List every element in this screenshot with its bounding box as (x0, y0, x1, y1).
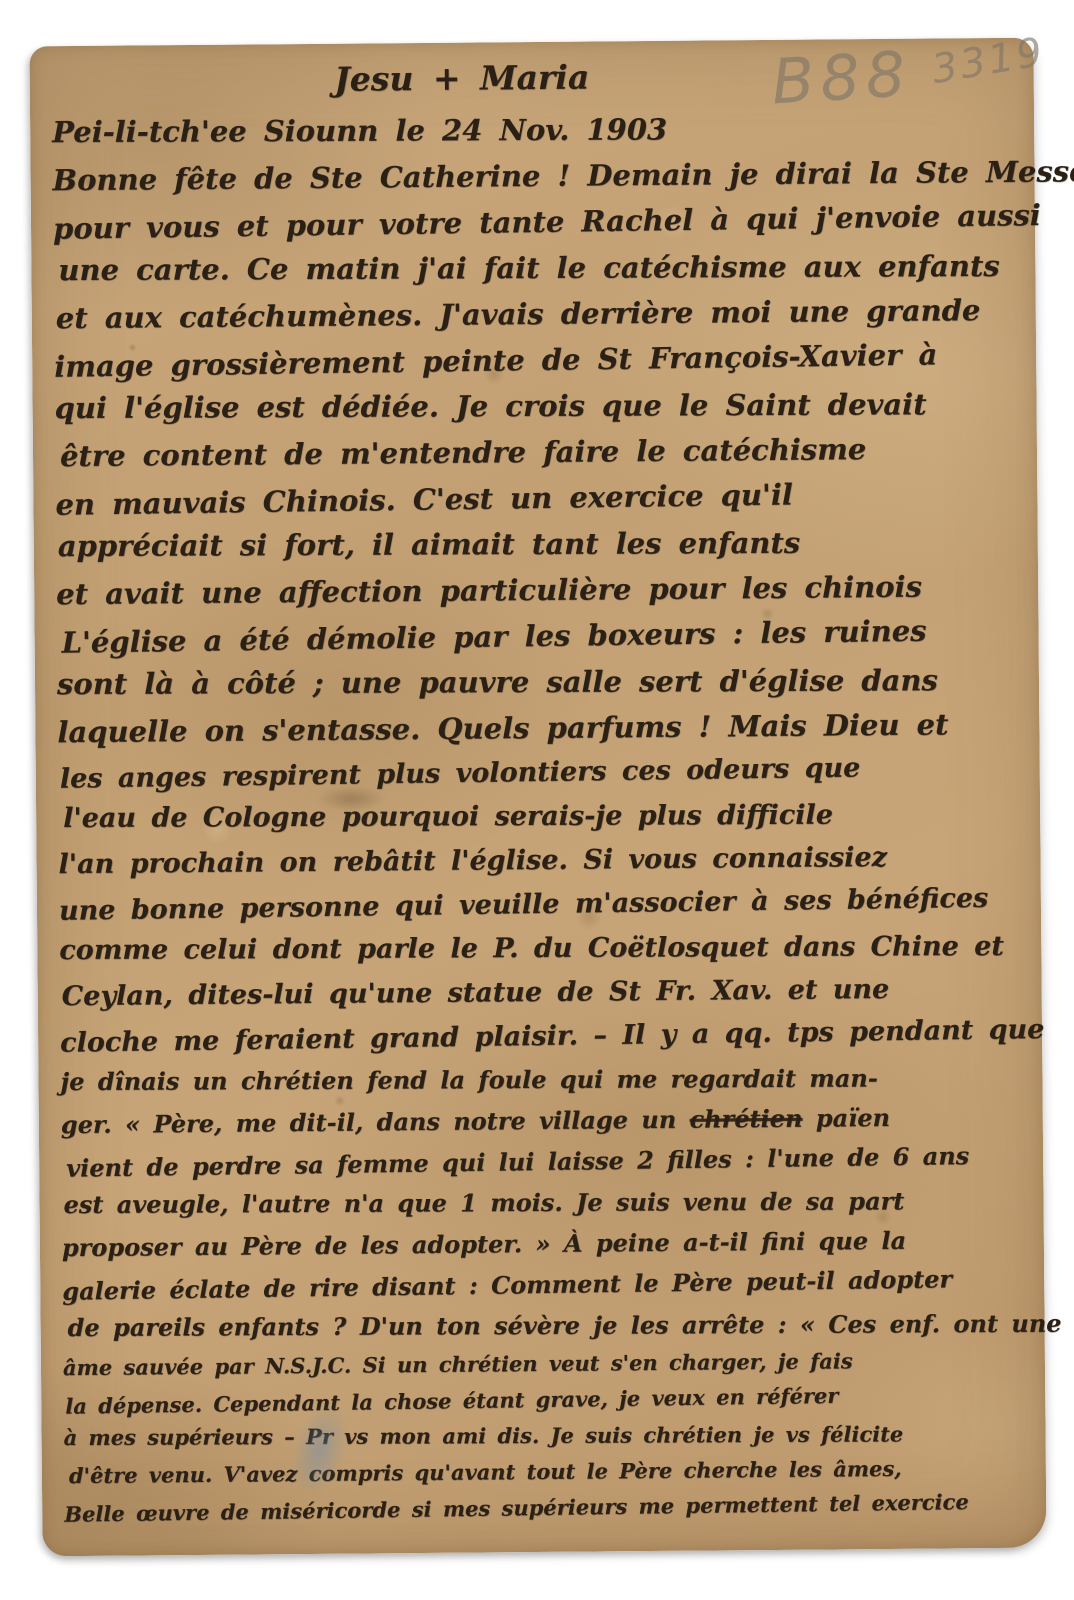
line-text: appréciait si fort, il aimait tant les e… (58, 526, 801, 563)
letter-line: à mes supérieurs – Pr vs mon ami dis. Je… (64, 1416, 1032, 1456)
line-text: de pareils enfants ? D'un ton sévère je … (68, 1309, 1062, 1342)
letter-line: appréciait si fort, il aimait tant les e… (58, 519, 1024, 569)
line-text: est aveugle, l'autre n'a que 1 mois. Je … (63, 1186, 904, 1219)
letter-line: de pareils enfants ? D'un ton sévère je … (68, 1303, 1031, 1348)
line-text: qui l'église est dédiée. Je crois que le… (55, 387, 927, 425)
line-text: ger. « Père, me dit-il, dans notre villa… (61, 1105, 690, 1139)
line-text: pour vous et pour votre tante Rachel à q… (53, 198, 1041, 246)
line-text: une carte. Ce matin j'ai fait le catéchi… (58, 249, 999, 287)
letter-line: qui l'église est dédiée. Je crois que le… (54, 381, 1022, 431)
postcard: B88 3319 Jesu + Maria Pei-li-tch'ee Siou… (29, 38, 1046, 1557)
line-text: à mes supérieurs – Pr vs mon ami dis. Je… (64, 1421, 904, 1450)
line-text: les anges respirent plus volontiers ces … (60, 753, 861, 795)
line-text: une bonne personne qui veuille m'associe… (59, 883, 989, 927)
letter-line: une carte. Ce matin j'ai fait le catéchi… (58, 243, 1021, 293)
letter-heading: Jesu + Maria (29, 38, 1033, 102)
line-text: laquelle on s'entasse. Quels parfums ! M… (57, 707, 948, 749)
line-text: Pei-li-tch'ee Siounn le 24 Nov. 1903 (52, 112, 667, 149)
line-text: âme sauvée par N.S.J.C. Si un chrétien v… (63, 1348, 853, 1380)
line-text: vient de perdre sa femme qui lui laisse … (66, 1141, 969, 1183)
letter-line: l'eau de Cologne pourquoi serais-je plus… (63, 793, 1026, 841)
line-text: la dépense. Cependant la chose étant gra… (65, 1383, 838, 1419)
line-text: sont là à côté ; une pauvre salle sert d… (57, 663, 938, 701)
line-text: cloche me feraient grand plaisir. – Il y… (60, 1014, 1045, 1059)
letter-line: Pei-li-tch'ee Siounn le 24 Nov. 1903 (52, 105, 1020, 155)
line-text: l'an prochain on rebâtit l'église. Si vo… (58, 842, 887, 880)
line-text: galerie éclate de rire disant : Comment … (62, 1264, 952, 1305)
line-text: en mauvais Chinois. C'est un exercice qu… (55, 477, 793, 521)
struck-word: chrétien (689, 1104, 802, 1134)
line-text: Bonne fête de Ste Catherine ! Demain je … (52, 154, 1074, 197)
line-text: je dînais un chrétien fend la foule qui … (60, 1064, 877, 1097)
letter-line: je dînais un chrétien fend la foule qui … (60, 1057, 1028, 1102)
letter-body: Pei-li-tch'ee Siounn le 24 Nov. 1903Bonn… (30, 93, 1046, 1531)
line-text: et aux catéchumènes. J'avais derrière mo… (56, 293, 981, 335)
line-text: Belle œuvre de miséricorde si mes supéri… (64, 1489, 969, 1527)
line-text: être content de m'entendre faire le caté… (60, 432, 867, 473)
line-text: d'être venu. V'avez compris qu'avant tou… (69, 1456, 902, 1488)
line-text: et avait une affection particulière pour… (56, 570, 922, 612)
letter-line: comme celui dont parle le P. du Coëtlosq… (59, 925, 1027, 973)
line-text: l'eau de Cologne pourquoi serais-je plus… (63, 800, 833, 834)
line-text: comme celui dont parle le P. du Coëtlosq… (59, 931, 1004, 966)
letter-line: sont là à côté ; une pauvre salle sert d… (57, 657, 1025, 707)
line-text: L'église a été démolie par les boxeurs :… (61, 614, 926, 660)
line-text: image grossièrement peinte de St Françoi… (54, 337, 937, 383)
letter-line: est aveugle, l'autre n'a que 1 mois. Je … (63, 1180, 1029, 1225)
line-text: païen (802, 1103, 890, 1133)
line-text: Ceylan, dites-lui qu'une statue de St Fr… (62, 974, 890, 1012)
line-text: proposer au Père de les adopter. » À pei… (62, 1226, 906, 1262)
